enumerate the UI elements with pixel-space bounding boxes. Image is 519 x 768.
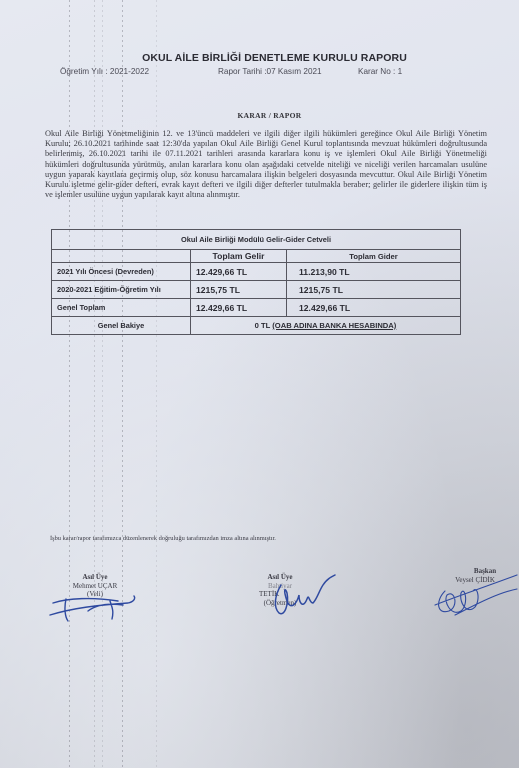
table-header-row: Toplam Gelir Toplam Gider	[52, 250, 461, 263]
row-expense: 11.213,90 TL	[287, 263, 461, 281]
handwritten-signature-icon	[425, 571, 515, 621]
income-expense-table: Okul Aile Birliği Modülü Gelir-Gider Cet…	[51, 229, 461, 335]
table-row: 2021 Yılı Öncesi (Devreden) 12.429,66 TL…	[52, 263, 461, 281]
table-header-expense: Toplam Gider	[287, 250, 461, 263]
row-label: Genel Toplam	[52, 299, 191, 317]
certification-note: İşbu karar/rapor tarafımızca düzenlenere…	[50, 535, 276, 542]
signature-block-president: Başkan Veysel ÇİDİK	[425, 567, 515, 584]
signature-block-member-parent: Asıl Üye Mehmet UÇAR (Veli)	[40, 573, 150, 599]
balance-amount: 0 TL	[255, 321, 270, 330]
signature-block-member-teacher: Asıl Üye Bahtiyar TETİK (Öğretmen)	[245, 573, 315, 607]
decision-number: Karar No : 1	[358, 67, 402, 76]
row-label: 2020-2021 Eğitim-Öğretim Yılı	[52, 281, 191, 299]
table-caption-row: Okul Aile Birliği Modülü Gelir-Gider Cet…	[52, 230, 461, 250]
row-income: 1215,75 TL	[191, 281, 287, 299]
handwritten-signature-icon	[48, 593, 138, 623]
decision-body-paragraph: Okul Aile Birliği Yönetmeliğinin 12. ve …	[45, 129, 487, 200]
row-income: 12.429,66 TL	[191, 263, 287, 281]
handwritten-signature-icon	[257, 573, 337, 618]
row-income: 12.429,66 TL	[191, 299, 287, 317]
school-year: Öğretim Yılı : 2021-2022	[60, 67, 149, 76]
table-header-empty	[52, 250, 191, 263]
table-row: Genel Toplam 12.429,66 TL 12.429,66 TL	[52, 299, 461, 317]
row-expense: 1215,75 TL	[287, 281, 461, 299]
table-caption: Okul Aile Birliği Modülü Gelir-Gider Cet…	[52, 230, 461, 250]
row-expense: 12.429,66 TL	[287, 299, 461, 317]
document-title: OKUL AİLE BİRLİĞİ DENETLEME KURULU RAPOR…	[0, 52, 519, 64]
report-date: Rapor Tarihi :07 Kasım 2021	[218, 67, 322, 76]
balance-value: 0 TL (OAB ADINA BANKA HESABINDA)	[191, 317, 461, 335]
balance-row: Genel Bakiye 0 TL (OAB ADINA BANKA HESAB…	[52, 317, 461, 335]
balance-note: (OAB ADINA BANKA HESABINDA)	[272, 321, 396, 330]
section-title: KARAR / RAPOR	[0, 111, 519, 120]
signature-name: Mehmet UÇAR	[40, 582, 150, 591]
row-label: 2021 Yılı Öncesi (Devreden)	[52, 263, 191, 281]
table-header-income: Toplam Gelir	[191, 250, 287, 263]
balance-label: Genel Bakiye	[52, 317, 191, 335]
signature-role: Asıl Üye	[40, 573, 150, 582]
table-row: 2020-2021 Eğitim-Öğretim Yılı 1215,75 TL…	[52, 281, 461, 299]
